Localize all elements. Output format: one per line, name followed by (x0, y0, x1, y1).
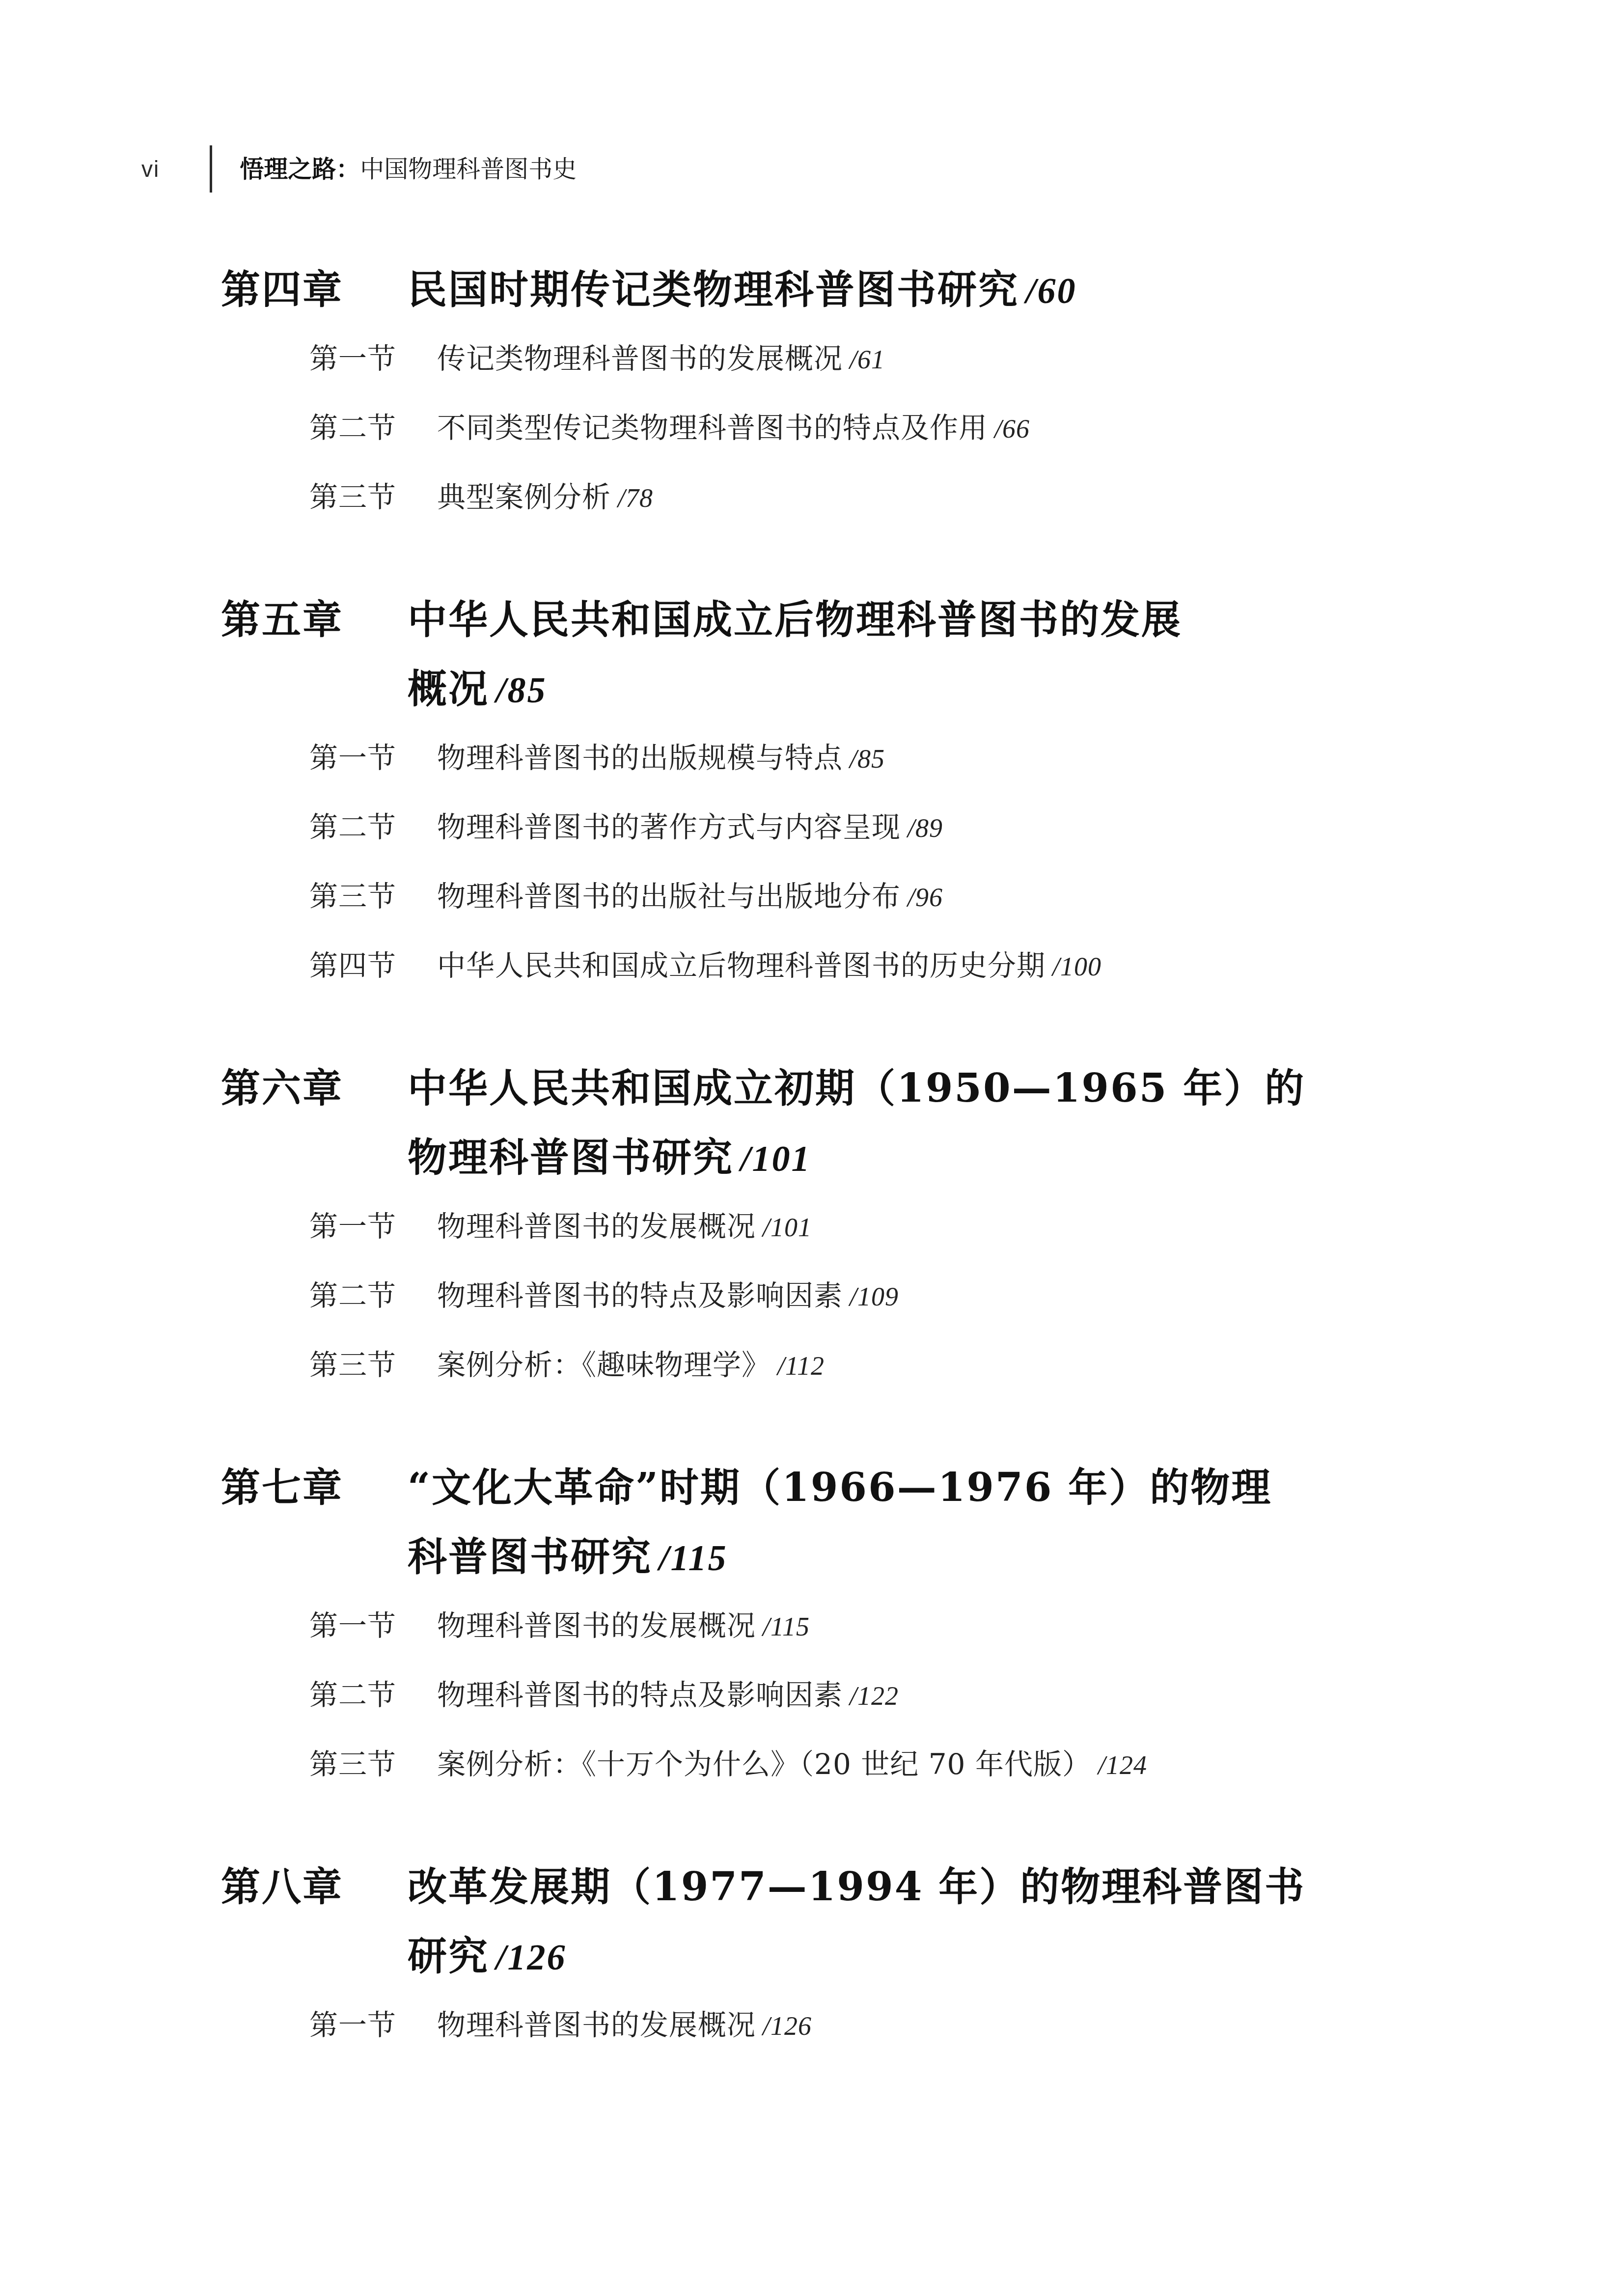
section-number: 第一节 (309, 1991, 437, 2060)
section-number: 第二节 (309, 1661, 437, 1730)
toc-section-line: 第三节案例分析：《十万个为什么》（20 世纪 70 年代版）/124 (0, 1730, 1624, 1799)
section-title-text: 物理科普图书的发展概况 (437, 1591, 756, 1661)
section-page-number: /89 (908, 794, 943, 863)
section-number: 第二节 (309, 793, 437, 862)
toc-chapter-line: 物理科普图书研究/101 (0, 1123, 1624, 1192)
chapter-number: 第六章 (221, 1054, 408, 1123)
section-title-text: 物理科普图书的特点及影响因素 (437, 1261, 843, 1331)
section-page-number: /61 (850, 325, 885, 394)
header-divider-rule (210, 145, 212, 193)
section-title-text: 传记类物理科普图书的发展概况 (437, 324, 843, 393)
section-title-text: 物理科普图书的发展概况 (437, 1991, 756, 2060)
chapter-page-number: /60 (1026, 257, 1077, 326)
section-page-number: /109 (850, 1262, 899, 1331)
book-title-subtitle: 中国物理科普图书史 (360, 155, 577, 183)
section-page-number: /112 (777, 1331, 825, 1401)
toc-section-line: 第一节物理科普图书的发展概况/115 (0, 1591, 1624, 1661)
chapter-number: 第五章 (221, 585, 408, 654)
chapter-title-text: 概况 (408, 654, 489, 723)
toc-section-line: 第四节中华人民共和国成立后物理科普图书的历史分期/100 (0, 931, 1624, 1000)
toc-section-line: 第一节传记类物理科普图书的发展概况/61 (0, 324, 1624, 393)
chapter-title-text: 中华人民共和国成立后物理科普图书的发展 (408, 585, 1182, 654)
section-title-text: 物理科普图书的发展概况 (437, 1192, 756, 1261)
section-number: 第三节 (309, 862, 437, 931)
chapter-page-number: /115 (659, 1524, 727, 1593)
chapter-title-text: 民国时期传记类物理科普图书研究 (408, 255, 1019, 324)
section-number: 第一节 (309, 1591, 437, 1661)
section-number: 第四节 (309, 931, 437, 1000)
section-page-number: /100 (1052, 932, 1101, 1001)
section-page-number: /66 (994, 394, 1030, 464)
toc-chapter-line: 研究/126 (0, 1921, 1624, 1991)
section-page-number: /122 (850, 1662, 899, 1731)
section-number: 第一节 (309, 723, 437, 793)
section-number: 第一节 (309, 1192, 437, 1261)
section-page-number: /101 (763, 1193, 812, 1262)
chapter-page-number: /85 (496, 656, 547, 725)
section-title-text: 典型案例分析 (437, 463, 611, 532)
table-of-contents: 第四章民国时期传记类物理科普图书研究/60第一节传记类物理科普图书的发展概况/6… (0, 255, 1624, 2060)
chapter-page-number: /101 (741, 1125, 811, 1194)
toc-section-line: 第二节不同类型传记类物理科普图书的特点及作用/66 (0, 393, 1624, 463)
chapter-page-number: /126 (496, 1923, 567, 1993)
section-page-number: /85 (850, 724, 885, 794)
section-title-text: 物理科普图书的出版社与出版地分布 (437, 862, 901, 931)
toc-section-line: 第二节物理科普图书的特点及影响因素/109 (0, 1261, 1624, 1331)
toc-chapter-line: 第六章中华人民共和国成立初期（1950—1965 年）的 (0, 1054, 1624, 1123)
toc-chapter-line: 第七章“文化大革命”时期（1966—1976 年）的物理 (0, 1453, 1624, 1522)
section-number: 第三节 (309, 1331, 437, 1400)
toc-chapter-line: 科普图书研究/115 (0, 1522, 1624, 1591)
chapter-title-text: 科普图书研究 (408, 1522, 652, 1591)
section-title-text: 物理科普图书的出版规模与特点 (437, 723, 843, 793)
toc-section-line: 第三节典型案例分析/78 (0, 463, 1624, 532)
section-number: 第三节 (309, 463, 437, 532)
toc-chapter-line: 第四章民国时期传记类物理科普图书研究/60 (0, 255, 1624, 324)
chapter-title-text: 物理科普图书研究 (408, 1123, 734, 1192)
chapter-title-text: 改革发展期（1977—1994 年）的物理科普图书 (408, 1852, 1305, 1921)
section-title-text: 案例分析：《十万个为什么》（20 世纪 70 年代版） (437, 1730, 1091, 1799)
section-number: 第三节 (309, 1730, 437, 1799)
toc-section-line: 第二节物理科普图书的特点及影响因素/122 (0, 1661, 1624, 1730)
section-page-number: /115 (763, 1592, 810, 1662)
section-title-text: 中华人民共和国成立后物理科普图书的历史分期 (437, 931, 1046, 1000)
chapter-number: 第四章 (221, 255, 408, 324)
chapter-title-text: “文化大革命”时期（1966—1976 年）的物理 (408, 1453, 1272, 1522)
toc-section-line: 第一节物理科普图书的发展概况/126 (0, 1991, 1624, 2060)
toc-section-line: 第一节物理科普图书的发展概况/101 (0, 1192, 1624, 1261)
toc-section-line: 第一节物理科普图书的出版规模与特点/85 (0, 723, 1624, 793)
toc-section-line: 第二节物理科普图书的著作方式与内容呈现/89 (0, 793, 1624, 862)
section-page-number: /78 (618, 464, 653, 533)
section-title-text: 物理科普图书的著作方式与内容呈现 (437, 793, 901, 862)
toc-section-line: 第三节物理科普图书的出版社与出版地分布/96 (0, 862, 1624, 931)
section-title-text: 物理科普图书的特点及影响因素 (437, 1661, 843, 1730)
section-number: 第一节 (309, 324, 437, 393)
chapter-number: 第七章 (221, 1453, 408, 1522)
section-number: 第二节 (309, 1261, 437, 1331)
chapter-title-text: 中华人民共和国成立初期（1950—1965 年）的 (408, 1054, 1305, 1123)
section-page-number: /96 (908, 863, 943, 932)
section-number: 第二节 (309, 393, 437, 463)
page-header: vi 悟理之路：中国物理科普图书史 (0, 143, 1624, 194)
section-page-number: /124 (1098, 1731, 1147, 1800)
section-title-text: 不同类型传记类物理科普图书的特点及作用 (437, 393, 988, 463)
toc-section-line: 第三节案例分析：《趣味物理学》/112 (0, 1331, 1624, 1400)
chapter-title-text: 研究 (408, 1921, 489, 1991)
running-book-title: 悟理之路：中国物理科普图书史 (240, 157, 577, 181)
section-page-number: /126 (763, 1992, 812, 2061)
book-page: vi 悟理之路：中国物理科普图书史 第四章民国时期传记类物理科普图书研究/60第… (0, 0, 1624, 2274)
toc-chapter-line: 第八章改革发展期（1977—1994 年）的物理科普图书 (0, 1852, 1624, 1921)
book-title-main: 悟理之路： (240, 155, 360, 183)
chapter-number: 第八章 (221, 1852, 408, 1921)
folio-page-number: vi (141, 156, 160, 182)
section-title-text: 案例分析：《趣味物理学》 (437, 1331, 771, 1400)
toc-chapter-line: 第五章中华人民共和国成立后物理科普图书的发展 (0, 585, 1624, 654)
toc-chapter-line: 概况/85 (0, 654, 1624, 723)
